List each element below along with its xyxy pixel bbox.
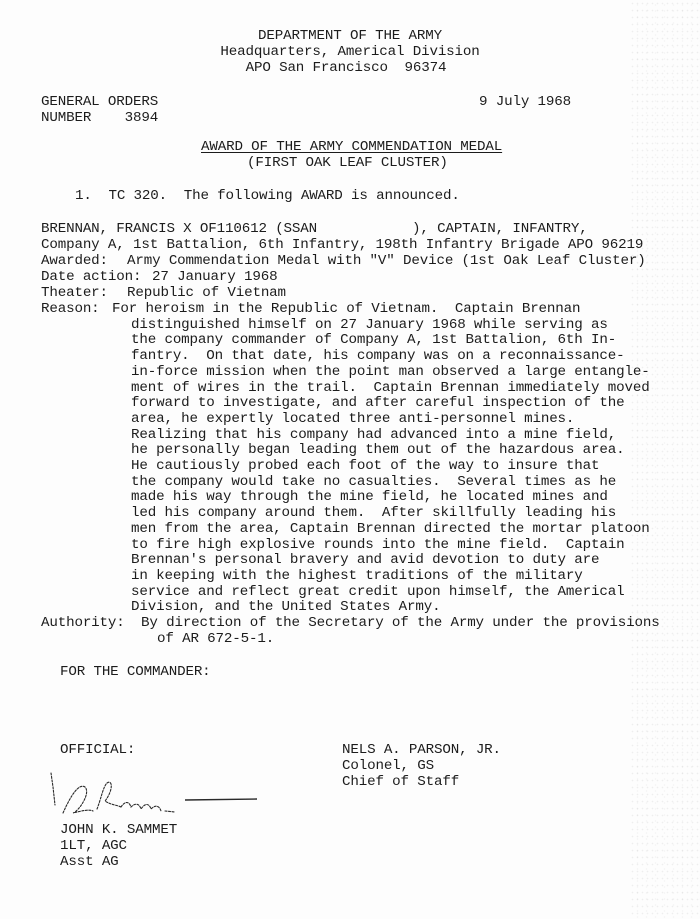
reason-line: to fire high explosive rounds into the m… <box>131 537 624 553</box>
reason-line: Division, and the United States Army. <box>131 599 440 615</box>
scan-noise <box>630 0 700 919</box>
reason-line: For heroism in the Republic of Vietnam. … <box>112 301 580 317</box>
reason-line: men from the area, Captain Brennan direc… <box>131 521 650 537</box>
authority-label: Authority: <box>41 615 125 631</box>
reason-line: distinguished himself on 27 January 1968… <box>131 317 608 333</box>
for-the-commander: FOR THE COMMANDER: <box>60 664 211 680</box>
reason-line: the company commander of Company A, 1st … <box>131 332 616 348</box>
order-number: NUMBER 3894 <box>41 110 158 126</box>
reason-line: ment of wires in the trail. Captain Bren… <box>131 380 650 396</box>
award-title: AWARD OF THE ARMY COMMENDATION MEDAL <box>201 139 502 155</box>
date-action-label: Date action: <box>41 269 141 285</box>
theater-value: Republic of Vietnam <box>127 285 286 301</box>
commander-signer-title: Chief of Staff <box>342 774 459 790</box>
reason-line: area, he expertly located three anti-per… <box>131 411 574 427</box>
awarded-label: Awarded: <box>41 253 108 269</box>
letterhead-department: DEPARTMENT OF THE ARMY <box>0 28 700 44</box>
order-date: 9 July 1968 <box>479 94 571 110</box>
reason-line: forward to investigate, and after carefu… <box>131 395 624 411</box>
date-action-value: 27 January 1968 <box>152 269 277 285</box>
commander-signer-rank: Colonel, GS <box>342 758 434 774</box>
reason-line: made his way through the mine field, he … <box>131 489 608 505</box>
paragraph-announcement: 1. TC 320. The following AWARD is announ… <box>75 188 460 204</box>
reason-line: in keeping with the highest traditions o… <box>131 568 583 584</box>
reason-line: he personally began leading them out of … <box>131 442 624 458</box>
reason-line: Realizing that his company had advanced … <box>131 427 616 443</box>
reason-line: led his company around them. After skill… <box>131 505 616 521</box>
reason-line: service and reflect great credit upon hi… <box>131 584 624 600</box>
official-label: OFFICIAL: <box>60 742 135 758</box>
reason-line: He cautiously probed each foot of the wa… <box>131 458 599 474</box>
general-orders-label: GENERAL ORDERS <box>41 94 158 110</box>
letterhead-apo: APO San Francisco 96374 <box>0 60 696 76</box>
reason-line: in-force mission when the point man obse… <box>131 364 650 380</box>
document-page: DEPARTMENT OF THE ARMY Headquarters, Ame… <box>0 0 700 919</box>
official-signer-rank: 1LT, AGC <box>60 838 127 854</box>
recipient-name: BRENNAN, FRANCIS X OF110612 (SSAN <box>41 221 317 237</box>
reason-line: Brennan's personal bravery and avid devo… <box>131 552 599 568</box>
theater-label: Theater: <box>41 285 108 301</box>
commander-signer-name: NELS A. PARSON, JR. <box>342 742 501 758</box>
letterhead-headquarters: Headquarters, Americal Division <box>0 44 700 60</box>
official-signer-title: Asst AG <box>60 854 119 870</box>
authority-line: of AR 672-5-1. <box>157 631 274 647</box>
recipient-unit: Company A, 1st Battalion, 6th Infantry, … <box>41 237 643 253</box>
reason-line: fantry. On that date, his company was on… <box>131 348 624 364</box>
recipient-rank: ), CAPTAIN, INFANTRY, <box>412 221 588 237</box>
signature-image <box>35 765 260 825</box>
authority-line: By direction of the Secretary of the Arm… <box>141 615 660 631</box>
award-subtitle: (FIRST OAK LEAF CLUSTER) <box>247 155 448 171</box>
reason-label: Reason: <box>41 301 100 317</box>
awarded-value: Army Commendation Medal with "V" Device … <box>127 253 646 269</box>
official-signer-name: JOHN K. SAMMET <box>60 822 177 838</box>
reason-line: the company would take no casualties. Se… <box>131 474 616 490</box>
